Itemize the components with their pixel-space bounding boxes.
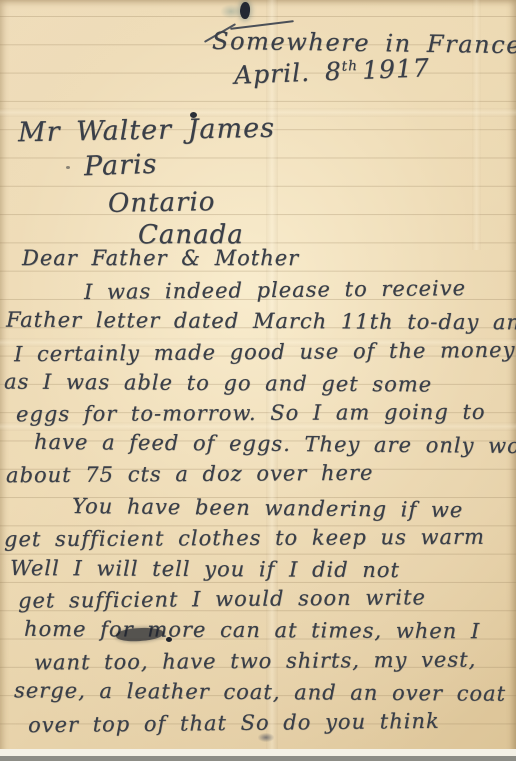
body-line: about 75 cts a doz over here [6,462,374,488]
body-line: as I was able to go and get some [4,371,432,397]
body-line: have a feed of eggs. They are only worth [34,431,516,459]
scan-edge-paper [0,749,516,756]
salutation: Dear Father & Mother [22,247,299,270]
body-line: I certainly made good use of the money [14,339,516,366]
body-line: Well I will tell you if I did not [10,557,400,582]
scan-edge-background [0,756,516,761]
body-line: eggs for to-morrow. So I am going to [16,401,486,427]
body-line: You have been wandering if we [72,495,463,522]
ink-speck [66,166,70,169]
address-line-city: Paris [84,150,158,182]
ink-dot [166,637,172,642]
ink-smudge [220,4,242,19]
address-line-name: Mr Walter James [18,114,275,148]
body-line: get sufficient clothes to keep us warm [4,526,485,552]
letter-scan: Somewhere in France April. 8th1917 Mr Wa… [0,0,516,761]
body-line: want too, have two shirts, my vest, [34,648,476,674]
body-line: over top of that So do you think [28,710,440,737]
date-year: 1917 [362,53,431,85]
body-line: get sufficient I would soon write [18,586,426,613]
letter-date: April. 8th1917 [234,54,431,89]
address-line-province: Ontario [108,188,216,218]
body-line: I was indeed please to receive [84,277,466,304]
body-line: Father letter dated March 11th to-day an… [6,309,516,335]
date-ordinal: th [341,58,358,75]
letter-location: Somewhere in France [212,28,516,59]
ink-blot-top [239,2,250,20]
date-day: April. 8 [234,57,343,90]
ink-smudge [258,733,274,742]
body-line: serge, a leather coat, and an over coat [14,679,506,706]
body-line: home for more can at times, when I [24,618,480,643]
